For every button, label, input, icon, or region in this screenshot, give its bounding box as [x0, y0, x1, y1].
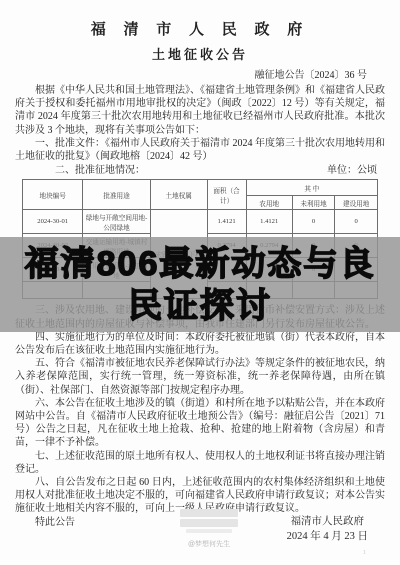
cell-total: 1.4121	[207, 210, 246, 234]
caption-line-2: 民证探讨	[128, 285, 272, 327]
th-approved-use: 批准用途	[83, 180, 150, 210]
th-plot-id: 地块编号	[23, 180, 83, 210]
section-5: 五、符合《福清市被征地农民养老保障试行办法》等规定条件的被征地农民，纳入养老保障…	[15, 357, 385, 397]
announcement-page: 福 清 市 人 民 政 府 土地征收公告 融征地公告〔2024〕36 号 根据《…	[0, 0, 400, 565]
th-unused-land: 未利用地	[292, 196, 335, 210]
section-6: 六、本公告在征收土地涉及的镇（街道）和村所在地予以粘贴公告，并在本政府网站中公告…	[15, 397, 385, 450]
page-number: 1	[363, 550, 366, 556]
cell-construction: 0	[335, 210, 378, 234]
watermark-logo-line	[180, 519, 238, 527]
document-number: 融征地公告〔2024〕36 号	[15, 66, 385, 81]
section-1: 一、批准文件：《福州市人民政府关于福清市 2024 年度第三十批次农用地转用和土…	[15, 137, 385, 163]
section-2-heading: 二、批准征地情况：	[15, 164, 145, 177]
announcement-title: 土地征收公告	[15, 44, 385, 63]
th-construction-land: 建设用地	[335, 196, 378, 210]
unit-label: 单位：公顷	[327, 164, 385, 177]
caption-line-1: 福清806最新动态与良	[25, 243, 376, 285]
th-breakdown-group: 其 中	[246, 180, 377, 196]
intro-paragraph: 根据《中华人民共和国土地管理法》、《福建省土地管理条例》和《福建省人民政府关于授…	[15, 84, 385, 137]
th-farmland: 农用地	[246, 196, 292, 210]
cell-plot-id: 2024-30-01	[23, 210, 83, 234]
cell-unused: 0	[292, 210, 335, 234]
cell-use: 绿地与开敞空间用地-公园绿地	[83, 210, 150, 234]
caption-overlay: 福清806最新动态与良 民证探讨	[0, 237, 400, 332]
th-land-ownership: 土地权属	[150, 180, 207, 210]
gov-title: 福 清 市 人 民 政 府	[15, 18, 385, 39]
watermark-handle: @梦想何先生	[178, 539, 240, 549]
section-4: 四、实施征地行为的单位及时间：本政府委托被征地镇（街）代表本政府，自本公告发布后…	[15, 331, 385, 357]
watermark-logo-line	[180, 509, 238, 517]
watermark-logo	[180, 509, 238, 533]
th-area-total: 面积（合计）	[207, 180, 246, 210]
signature-date: 2024 年 4 月 23 日	[287, 529, 368, 544]
signature-org: 福清市人民政府	[287, 514, 368, 529]
table-caption-row: 二、批准征地情况： 单位：公顷	[15, 164, 385, 177]
signature-block: 福清市人民政府 2024 年 4 月 23 日	[287, 514, 368, 544]
watermark-logo-line	[186, 529, 232, 533]
cell-farm: 1.4121	[246, 210, 292, 234]
table-row: 2024-30-01 绿地与开敞空间用地-公园绿地 宏路街道溪下村 1.4121…	[23, 210, 378, 234]
watermark: @梦想何先生	[178, 509, 240, 549]
section-7: 七、上述征收范围的原土地所有权人、使用权人的土地权利证书将直接办理注销登记。	[15, 450, 385, 476]
